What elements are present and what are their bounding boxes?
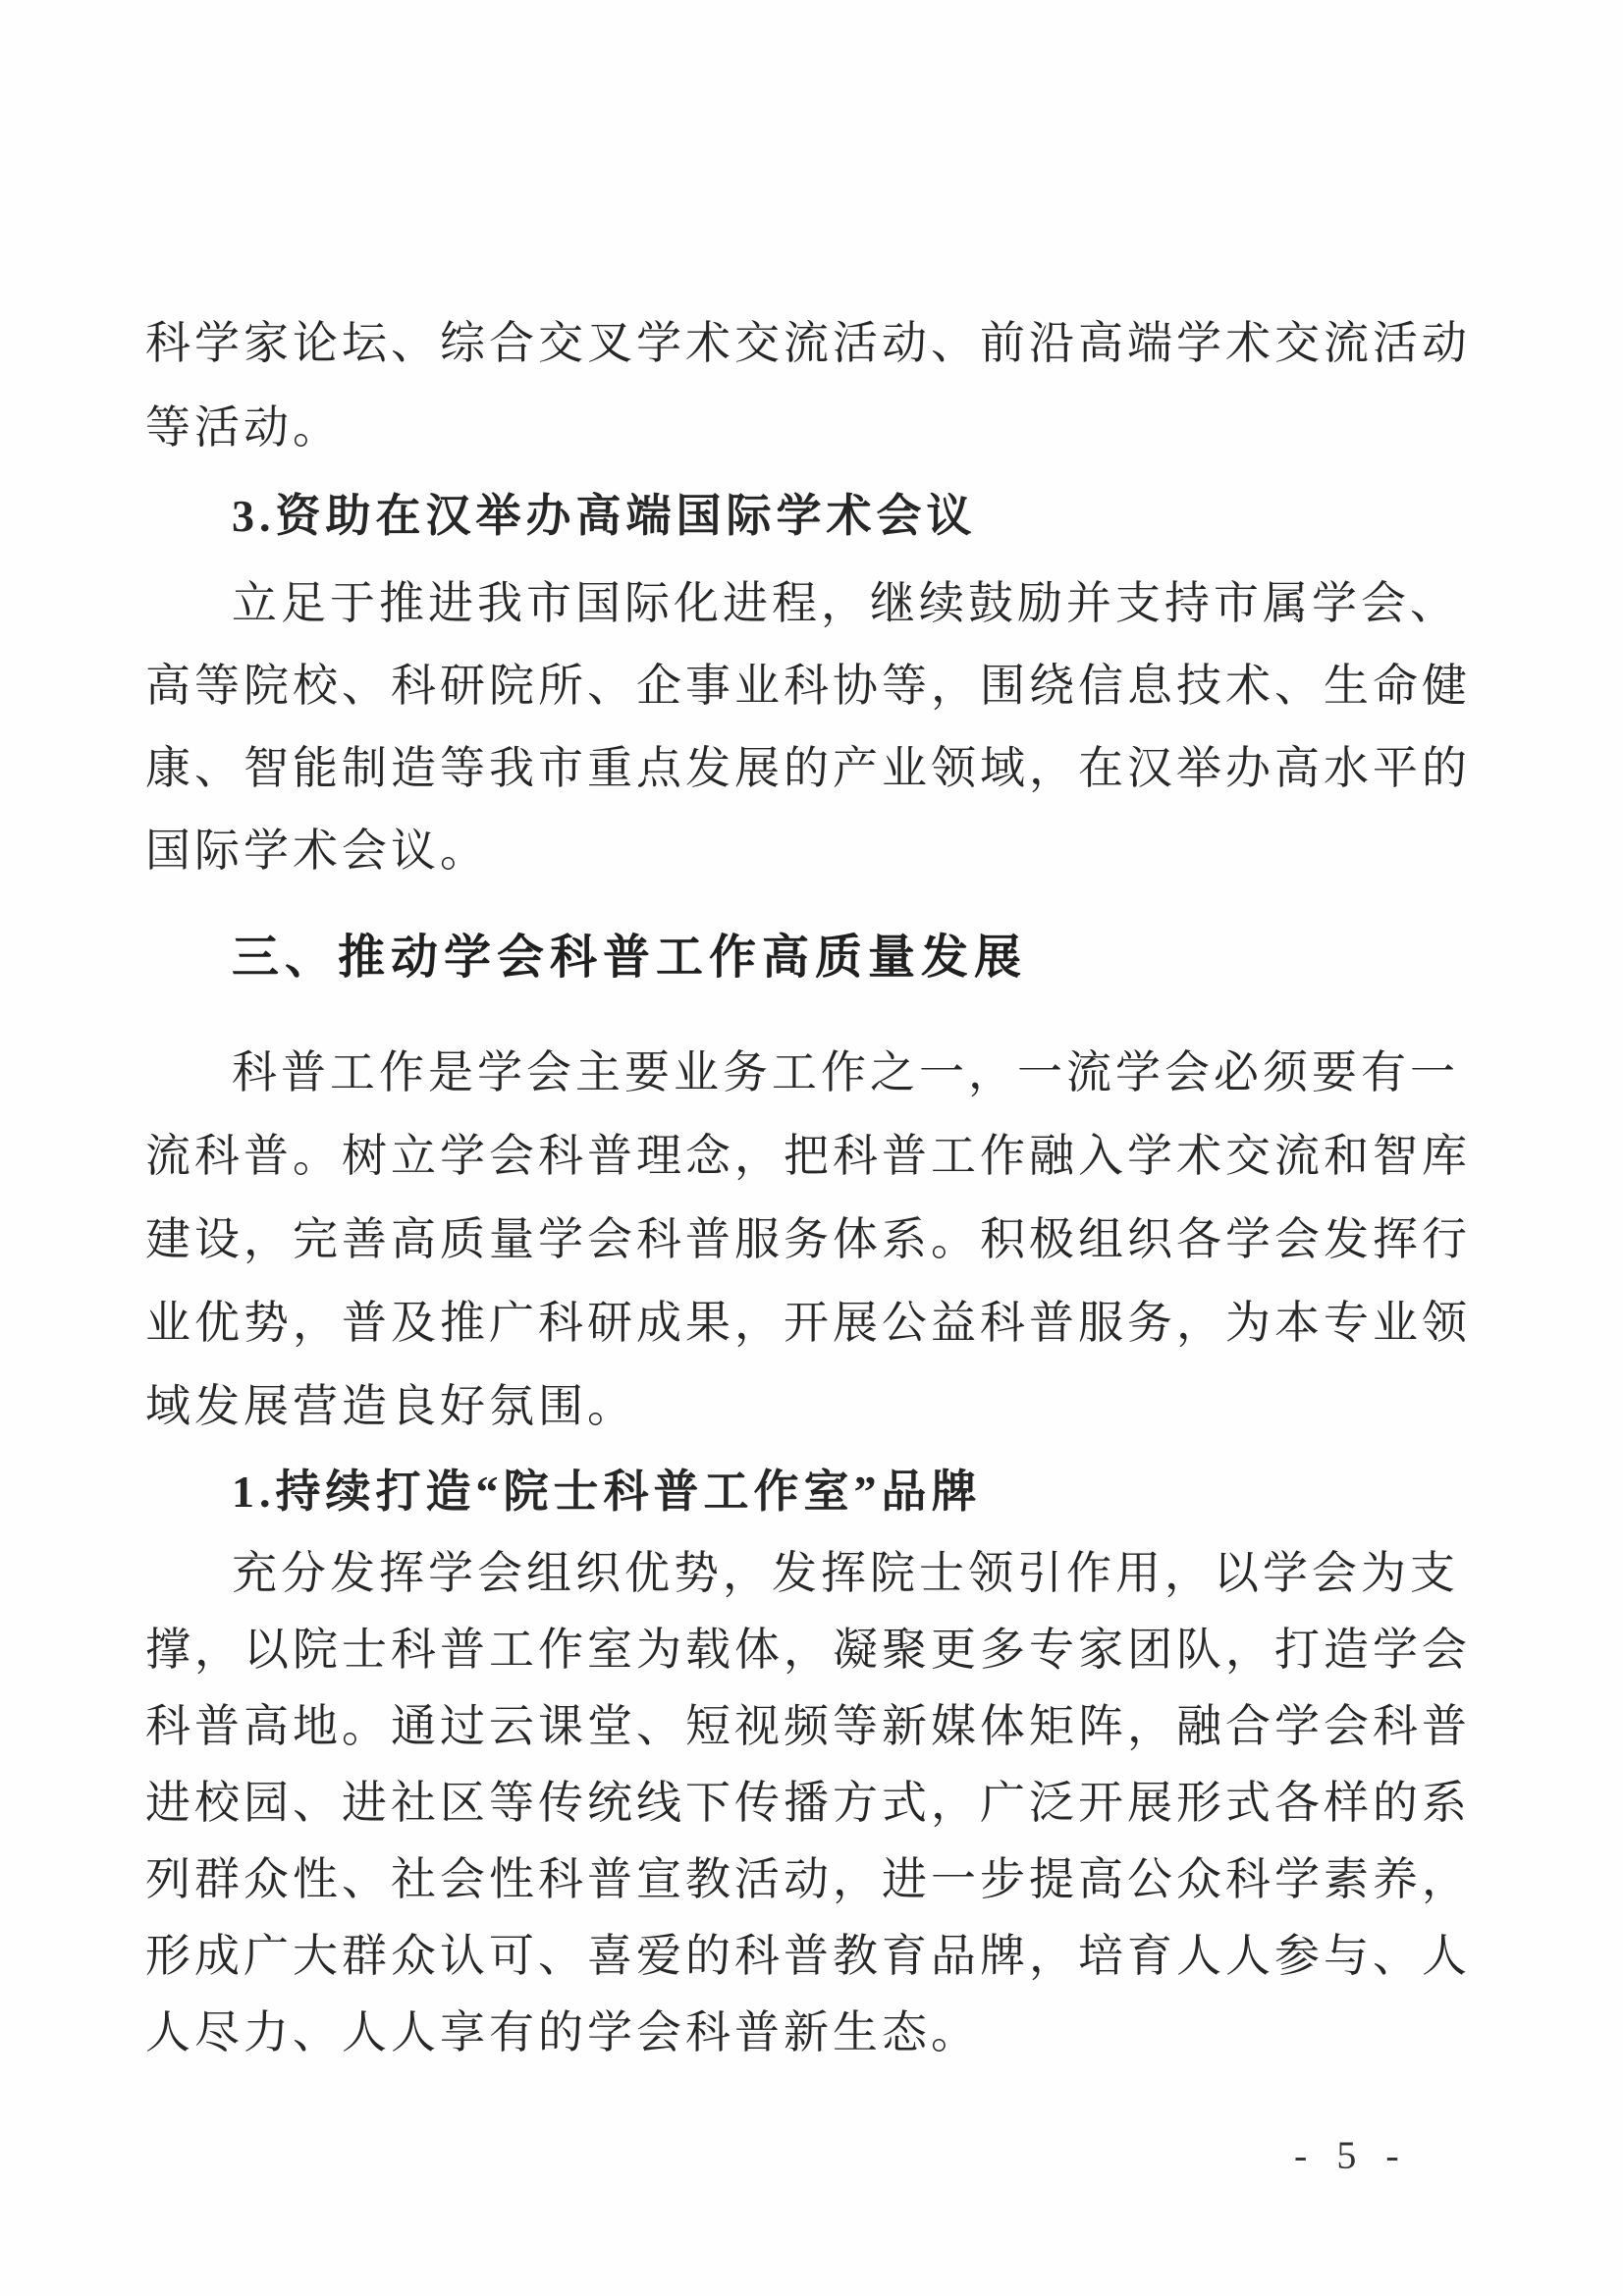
text-line: 高等院校、科研院所、企事业科协等，围绕信息技术、生命健 bbox=[145, 645, 1495, 727]
text-line: 列群众性、社会性科普宣教活动，进一步提高公众科学素养， bbox=[145, 1842, 1495, 1918]
paragraph-continuation: 科学家论坛、综合交叉学术交流活动、前沿高端学术交流活动 等活动。 bbox=[145, 301, 1495, 470]
paragraph-item1: 充分发挥学会组织优势，发挥院士领引作用，以学会为支 撑，以院士科普工作室为载体，… bbox=[145, 1535, 1495, 2071]
text-line: 等活动。 bbox=[145, 386, 1495, 470]
paragraph-item3: 立足于推进我市国际化进程，继续鼓励并支持市属学会、 高等院校、科研院所、企事业科… bbox=[145, 562, 1495, 892]
text-line: 进校园、进社区等传统线下传播方式，广泛开展形式各样的系 bbox=[145, 1765, 1495, 1842]
subheading-item1-text: 1.持续打造“院士科普工作室”品牌 bbox=[145, 1450, 1495, 1534]
document-page: 科学家论坛、综合交叉学术交流活动、前沿高端学术交流活动 等活动。 3.资助在汉举… bbox=[0, 0, 1623, 2296]
subheading-item3-text: 3.资助在汉举办高端国际学术会议 bbox=[145, 474, 1495, 559]
text-line: 撑，以院士科普工作室为载体，凝聚更多专家团队，打造学会 bbox=[145, 1612, 1495, 1688]
page-number: - 5 - bbox=[1294, 2132, 1409, 2178]
text-line: 域发展营造良好氛围。 bbox=[145, 1364, 1495, 1448]
text-line: 康、智能制造等我市重点发展的产业领域，在汉举办高水平的 bbox=[145, 727, 1495, 810]
text-line: 业优势，普及推广科研成果，开展公益科普服务，为本专业领 bbox=[145, 1281, 1495, 1364]
text-line: 立足于推进我市国际化进程，继续鼓励并支持市属学会、 bbox=[145, 562, 1495, 645]
text-line: 建设，完善高质量学会科普服务体系。积极组织各学会发挥行 bbox=[145, 1198, 1495, 1281]
text-line: 人尽力、人人享有的学会科普新生态。 bbox=[145, 1995, 1495, 2071]
text-line: 科普高地。通过云课堂、短视频等新媒体矩阵，融合学会科普 bbox=[145, 1688, 1495, 1765]
text-line: 充分发挥学会组织优势，发挥院士领引作用，以学会为支 bbox=[145, 1535, 1495, 1612]
section-heading: 三、推动学会科普工作高质量发展 bbox=[145, 916, 1495, 1000]
text-line: 形成广大群众认可、喜爱的科普教育品牌，培育人人参与、人 bbox=[145, 1918, 1495, 1995]
paragraph-section: 科普工作是学会主要业务工作之一，一流学会必须要有一 流科普。树立学会科普理念，把… bbox=[145, 1031, 1495, 1448]
subheading-item1: 1.持续打造“院士科普工作室”品牌 bbox=[145, 1450, 1495, 1534]
text-line: 流科普。树立学会科普理念，把科普工作融入学术交流和智库 bbox=[145, 1114, 1495, 1198]
text-line: 科普工作是学会主要业务工作之一，一流学会必须要有一 bbox=[145, 1031, 1495, 1114]
subheading-item3: 3.资助在汉举办高端国际学术会议 bbox=[145, 474, 1495, 559]
text-line: 科学家论坛、综合交叉学术交流活动、前沿高端学术交流活动 bbox=[145, 301, 1495, 386]
section-heading-text: 三、推动学会科普工作高质量发展 bbox=[145, 916, 1495, 1000]
text-line: 国际学术会议。 bbox=[145, 810, 1495, 892]
